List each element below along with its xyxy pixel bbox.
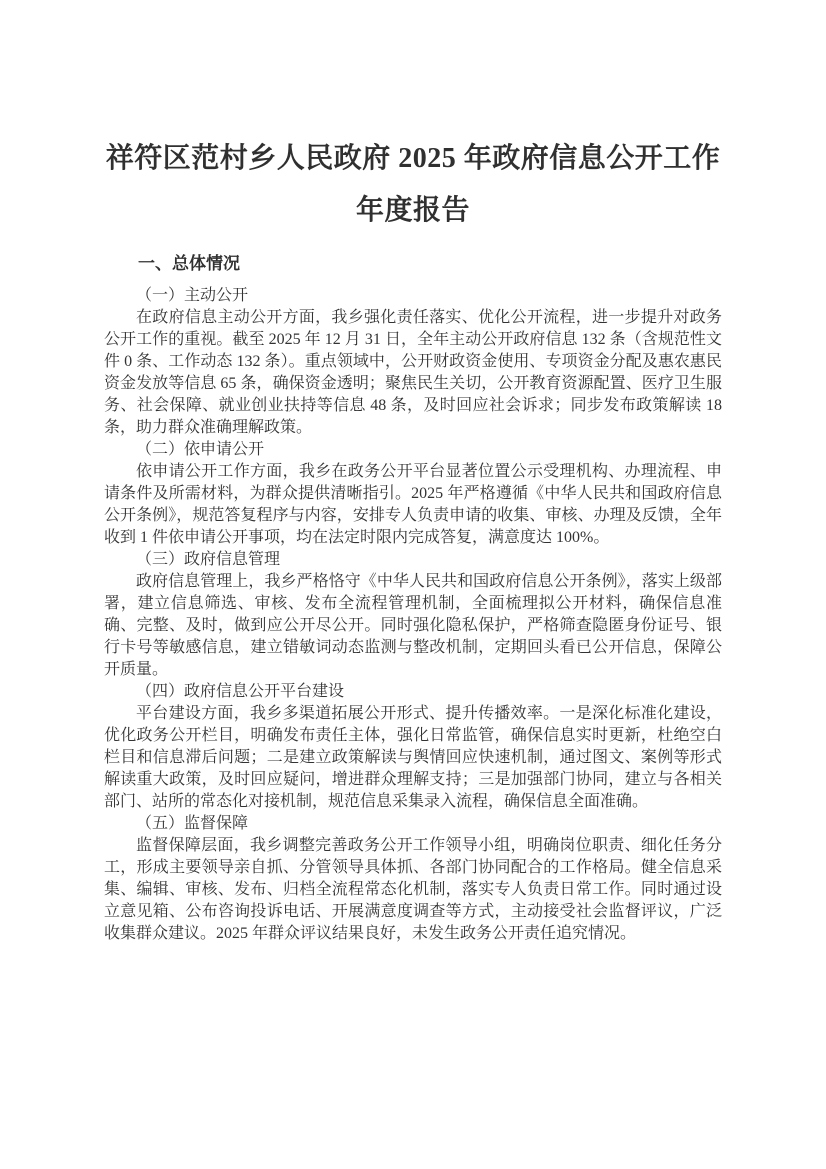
subsection-heading: （二）依申请公开 <box>104 439 722 461</box>
subsection-information-management: （三）政府信息管理 政府信息管理上，我乡严格恪守《中华人民共和国政府信息公开条例… <box>104 549 722 681</box>
subsection-proactive-disclosure: （一）主动公开 在政府信息主动公开方面，我乡强化责任落实、优化公开流程，进一步提… <box>104 285 722 439</box>
document-title: 祥符区范村乡人民政府 2025 年政府信息公开工作年度报告 <box>104 133 722 237</box>
subsection-heading: （三）政府信息管理 <box>104 549 722 571</box>
section-heading-overall-situation: 一、总体情况 <box>104 251 722 277</box>
subsection-paragraph: 在政府信息主动公开方面，我乡强化责任落实、优化公开流程，进一步提升对政务公开工作… <box>104 307 722 439</box>
subsection-heading: （四）政府信息公开平台建设 <box>104 681 722 703</box>
subsection-heading: （五）监督保障 <box>104 813 722 835</box>
subsection-paragraph: 平台建设方面，我乡多渠道拓展公开形式、提升传播效率。一是深化标准化建设，优化政务… <box>104 703 722 813</box>
document-page: 祥符区范村乡人民政府 2025 年政府信息公开工作年度报告 一、总体情况 （一）… <box>0 0 826 1169</box>
subsection-disclosure-upon-request: （二）依申请公开 依申请公开工作方面，我乡在政务公开平台显著位置公示受理机构、办… <box>104 439 722 549</box>
subsection-supervision-guarantee: （五）监督保障 监督保障层面，我乡调整完善政务公开工作领导小组，明确岗位职责、细… <box>104 813 722 945</box>
subsection-paragraph: 政府信息管理上，我乡严格恪守《中华人民共和国政府信息公开条例》，落实上级部署，建… <box>104 571 722 681</box>
subsection-paragraph: 依申请公开工作方面，我乡在政务公开平台显著位置公示受理机构、办理流程、申请条件及… <box>104 461 722 549</box>
subsection-heading: （一）主动公开 <box>104 285 722 307</box>
subsection-paragraph: 监督保障层面，我乡调整完善政务公开工作领导小组，明确岗位职责、细化任务分工，形成… <box>104 835 722 945</box>
subsection-platform-construction: （四）政府信息公开平台建设 平台建设方面，我乡多渠道拓展公开形式、提升传播效率。… <box>104 681 722 813</box>
